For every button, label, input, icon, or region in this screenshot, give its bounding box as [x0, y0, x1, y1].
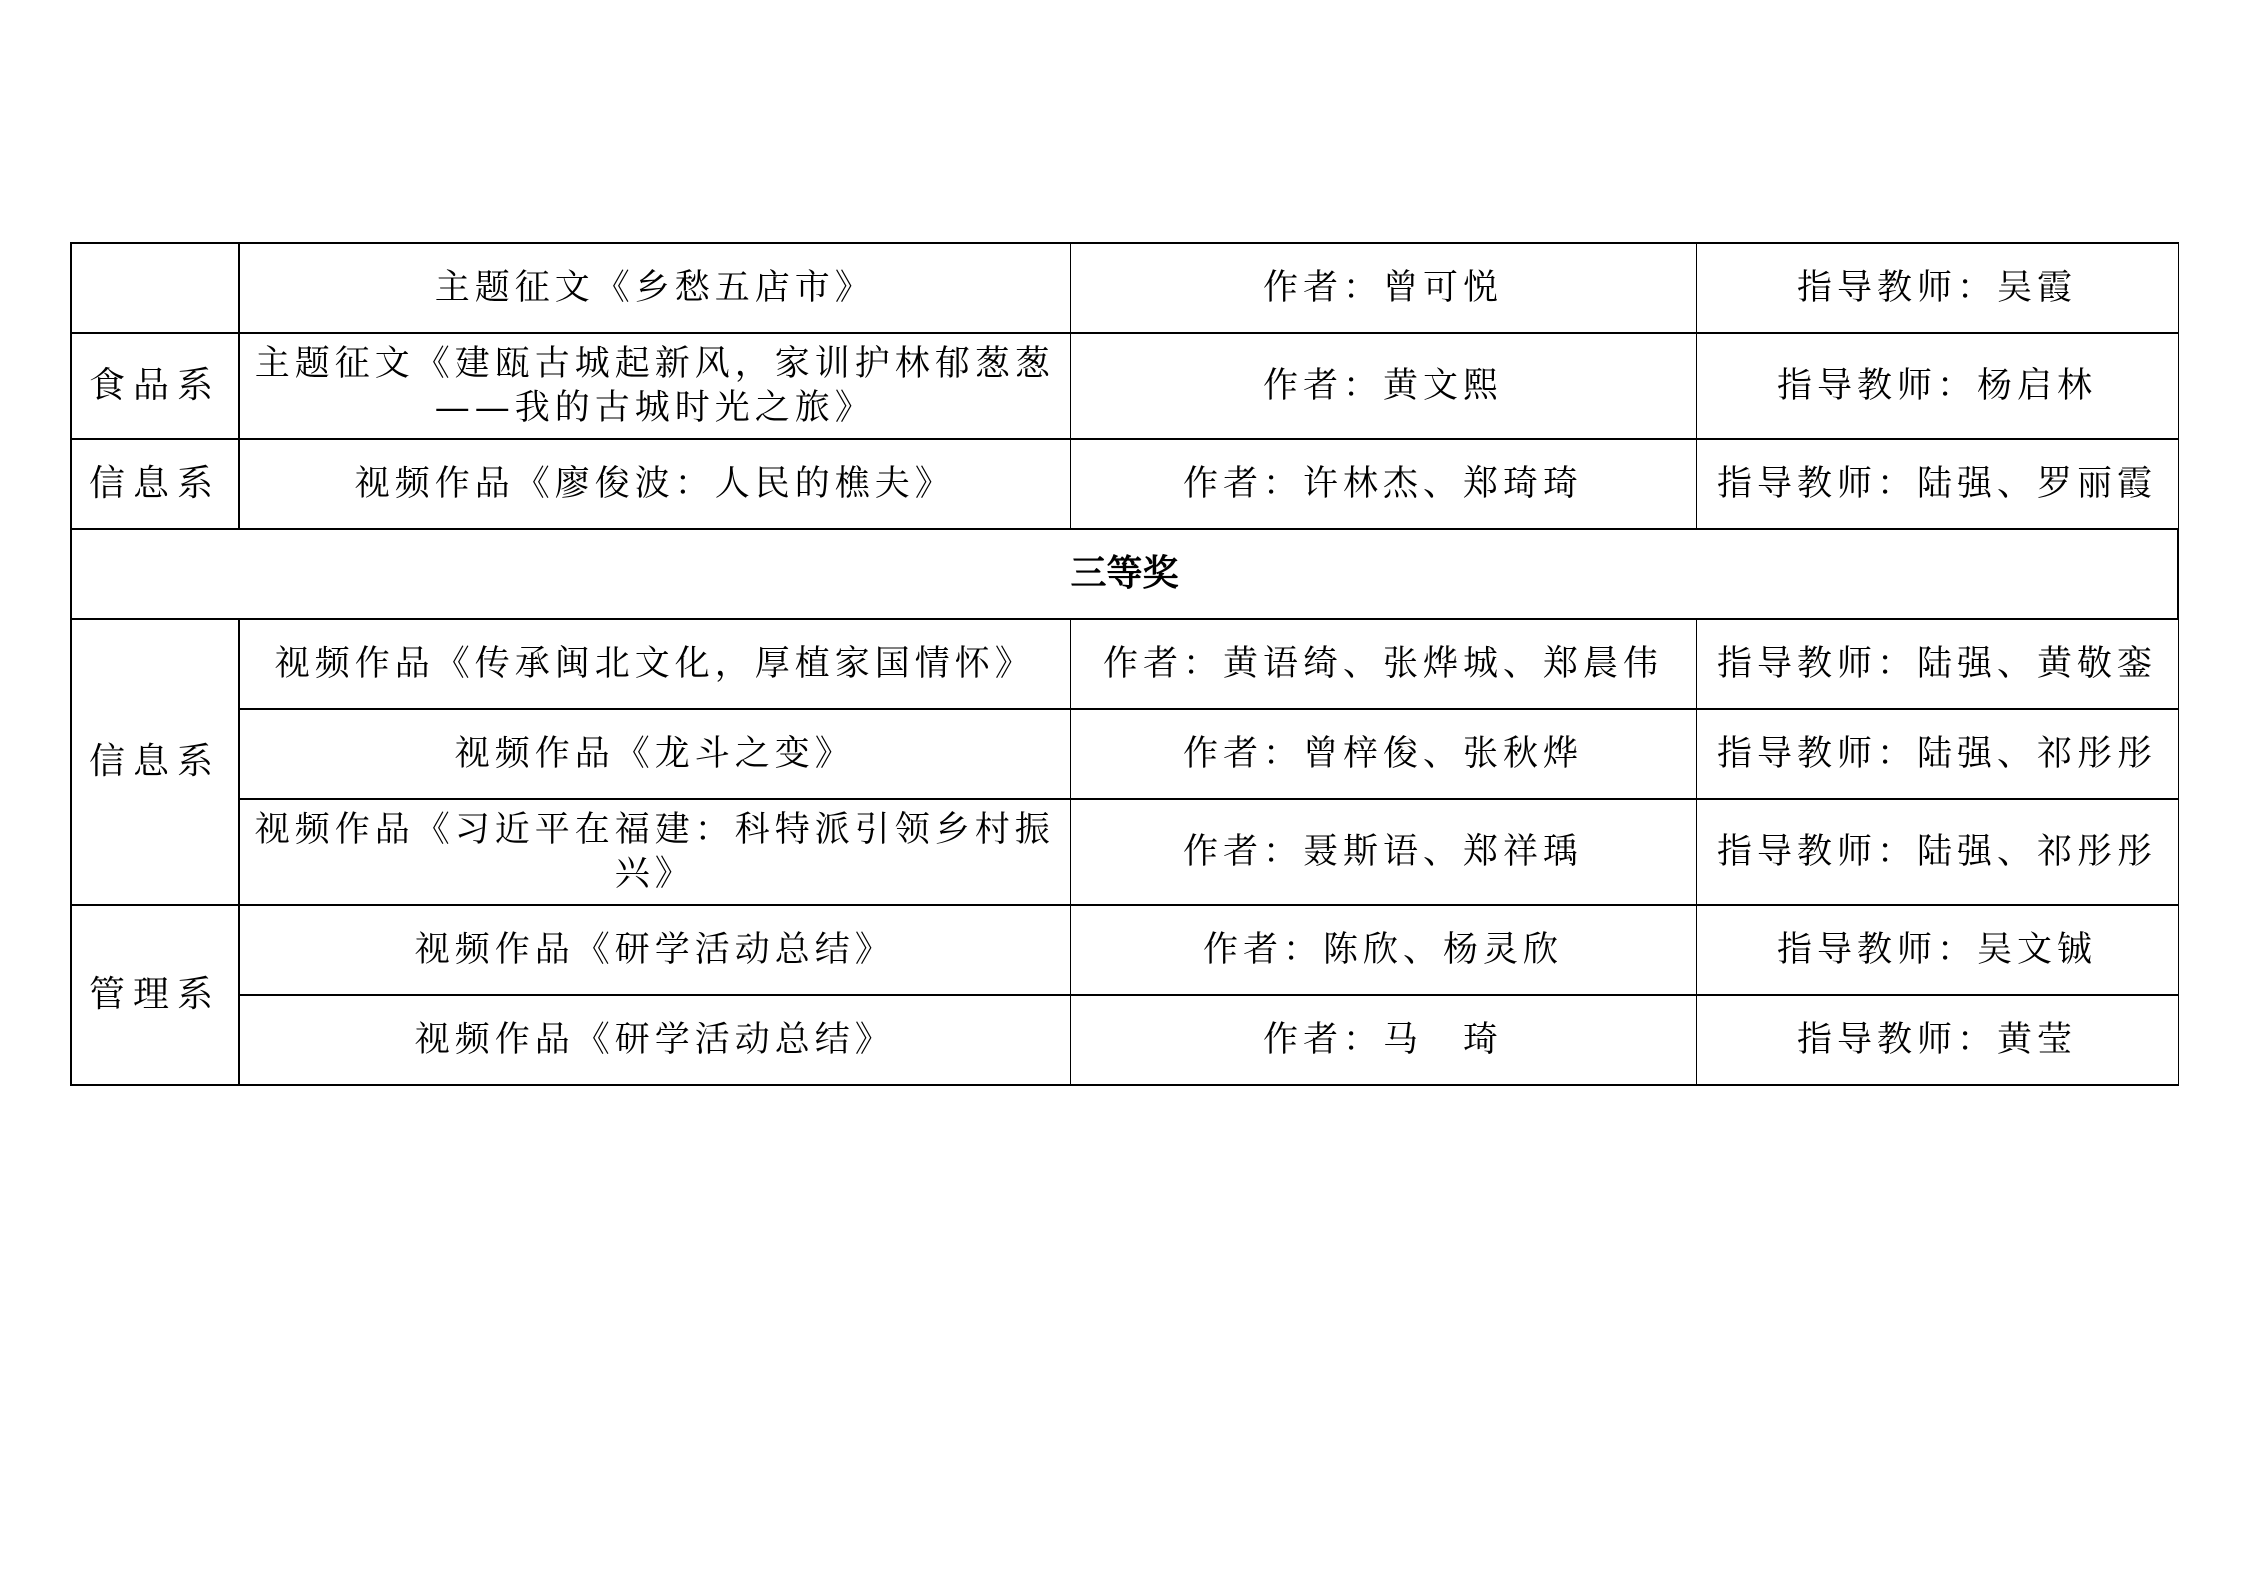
teacher-cell: 指导教师：杨启林 — [1696, 333, 2178, 439]
work-title-cell: 视频作品《廖俊波：人民的樵夫》 — [239, 439, 1070, 529]
dept-cell: 食品系 — [71, 333, 239, 439]
section-header-row: 三等奖 — [71, 529, 2178, 619]
author-cell: 作者：聂斯语、郑祥瑀 — [1070, 799, 1696, 905]
author-cell: 作者：马 琦 — [1070, 995, 1696, 1085]
section-title: 三等奖 — [71, 529, 2178, 619]
awards-table: 主题征文《乡愁五店市》 作者：曾可悦 指导教师：吴霞 食品系 主题征文《建瓯古城… — [70, 242, 2179, 1086]
table-row: 视频作品《习近平在福建：科特派引领乡村振兴》 作者：聂斯语、郑祥瑀 指导教师：陆… — [71, 799, 2178, 905]
dept-cell: 管理系 — [71, 905, 239, 1085]
author-cell: 作者：黄语绮、张烨城、郑晨伟 — [1070, 619, 1696, 709]
table-row: 管理系 视频作品《研学活动总结》 作者：陈欣、杨灵欣 指导教师：吴文铖 — [71, 905, 2178, 995]
table-row: 食品系 主题征文《建瓯古城起新风，家训护林郁葱葱——我的古城时光之旅》 作者：黄… — [71, 333, 2178, 439]
work-title-cell: 视频作品《习近平在福建：科特派引领乡村振兴》 — [239, 799, 1070, 905]
teacher-cell: 指导教师：吴霞 — [1696, 243, 2178, 333]
teacher-cell: 指导教师：陆强、祁彤彤 — [1696, 799, 2178, 905]
author-cell: 作者：陈欣、杨灵欣 — [1070, 905, 1696, 995]
table-row: 主题征文《乡愁五店市》 作者：曾可悦 指导教师：吴霞 — [71, 243, 2178, 333]
author-cell: 作者：曾梓俊、张秋烨 — [1070, 709, 1696, 799]
work-title-cell: 视频作品《研学活动总结》 — [239, 905, 1070, 995]
teacher-cell: 指导教师：陆强、罗丽霞 — [1696, 439, 2178, 529]
author-cell: 作者：许林杰、郑琦琦 — [1070, 439, 1696, 529]
work-title-cell: 视频作品《传承闽北文化，厚植家国情怀》 — [239, 619, 1070, 709]
teacher-cell: 指导教师：陆强、黄敬銮 — [1696, 619, 2178, 709]
work-title-cell: 主题征文《乡愁五店市》 — [239, 243, 1070, 333]
work-title-cell: 视频作品《龙斗之变》 — [239, 709, 1070, 799]
work-title-cell: 主题征文《建瓯古城起新风，家训护林郁葱葱——我的古城时光之旅》 — [239, 333, 1070, 439]
table-row: 信息系 视频作品《廖俊波：人民的樵夫》 作者：许林杰、郑琦琦 指导教师：陆强、罗… — [71, 439, 2178, 529]
teacher-cell: 指导教师：陆强、祁彤彤 — [1696, 709, 2178, 799]
dept-cell: 信息系 — [71, 619, 239, 905]
teacher-cell: 指导教师：吴文铖 — [1696, 905, 2178, 995]
work-title-cell: 视频作品《研学活动总结》 — [239, 995, 1070, 1085]
table-row: 信息系 视频作品《传承闽北文化，厚植家国情怀》 作者：黄语绮、张烨城、郑晨伟 指… — [71, 619, 2178, 709]
dept-cell: 信息系 — [71, 439, 239, 529]
table-row: 视频作品《龙斗之变》 作者：曾梓俊、张秋烨 指导教师：陆强、祁彤彤 — [71, 709, 2178, 799]
table-row: 视频作品《研学活动总结》 作者：马 琦 指导教师：黄莹 — [71, 995, 2178, 1085]
author-cell: 作者：黄文熙 — [1070, 333, 1696, 439]
dept-cell — [71, 243, 239, 333]
teacher-cell: 指导教师：黄莹 — [1696, 995, 2178, 1085]
author-cell: 作者：曾可悦 — [1070, 243, 1696, 333]
